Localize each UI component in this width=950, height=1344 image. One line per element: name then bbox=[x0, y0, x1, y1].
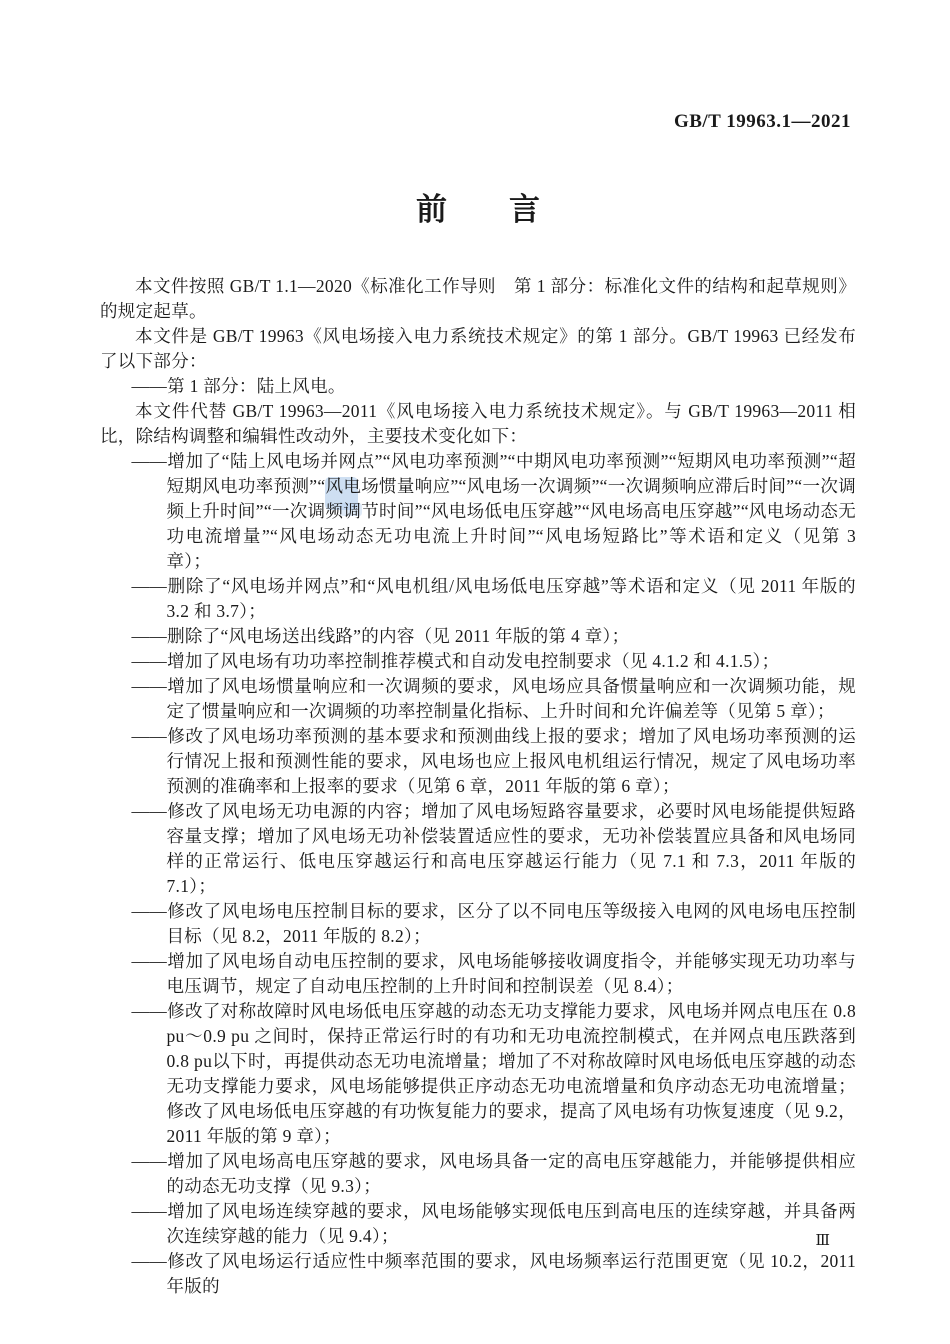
list-item: ——第 1 部分：陆上风电。 bbox=[100, 374, 856, 399]
page-footer: Ⅲ bbox=[100, 1231, 830, 1250]
paragraph: 本文件是 GB/T 19963《风电场接入电力系统技术规定》的第 1 部分。GB… bbox=[100, 324, 856, 374]
list-item: ——修改了风电场电压控制目标的要求，区分了以不同电压等级接入电网的风电场电压控制… bbox=[100, 899, 856, 949]
page-header: GB/T 19963.1—2021 bbox=[0, 111, 851, 133]
list-item: ——修改了风电场无功电源的内容；增加了风电场短路容量要求，必要时风电场能提供短路… bbox=[100, 799, 856, 899]
list-item: ——增加了风电场惯量响应和一次调频的要求，风电场应具备惯量响应和一次调频功能，规… bbox=[100, 674, 856, 724]
page-title: 前 言 bbox=[100, 191, 856, 229]
document-body: 本文件按照 GB/T 1.1—2020《标准化工作导则 第 1 部分：标准化文件… bbox=[100, 274, 856, 1299]
list-item: ——增加了风电场高电压穿越的要求，风电场具备一定的高电压穿越能力，并能够提供相应… bbox=[100, 1149, 856, 1199]
list-item: ——修改了对称故障时风电场低电压穿越的动态无功支撑能力要求，风电场并网点电压在 … bbox=[100, 999, 856, 1149]
paragraph: 本文件代替 GB/T 19963—2011《风电场接入电力系统技术规定》。与 G… bbox=[100, 399, 856, 449]
list-item: ——增加了风电场有功功率控制推荐模式和自动发电控制要求（见 4.1.2 和 4.… bbox=[100, 649, 856, 674]
list-item: ——修改了风电场功率预测的基本要求和预测曲线上报的要求；增加了风电场功率预测的运… bbox=[100, 724, 856, 799]
list-item: ——删除了“风电场送出线路”的内容（见 2011 年版的第 4 章）； bbox=[100, 624, 856, 649]
document-page: GB/T 19963.1—2021 前 言 本文件按照 GB/T 1.1—202… bbox=[0, 0, 950, 1344]
list-item: ——修改了风电场运行适应性中频率范围的要求，风电场频率运行范围更宽（见 10.2… bbox=[100, 1249, 856, 1299]
list-item: ——删除了“风电场并网点”和“风电机组/风电场低电压穿越”等术语和定义（见 20… bbox=[100, 574, 856, 624]
list-item: ——增加了“陆上风电场并网点”“风电功率预测”“中期风电功率预测”“短期风电功率… bbox=[100, 449, 856, 574]
list-item: ——增加了风电场自动电压控制的要求，风电场能够接收调度指令，并能够实现无功功率与… bbox=[100, 949, 856, 999]
page-number: Ⅲ bbox=[816, 1233, 830, 1249]
paragraph: 本文件按照 GB/T 1.1—2020《标准化工作导则 第 1 部分：标准化文件… bbox=[100, 274, 856, 324]
standard-number: GB/T 19963.1—2021 bbox=[674, 111, 851, 132]
